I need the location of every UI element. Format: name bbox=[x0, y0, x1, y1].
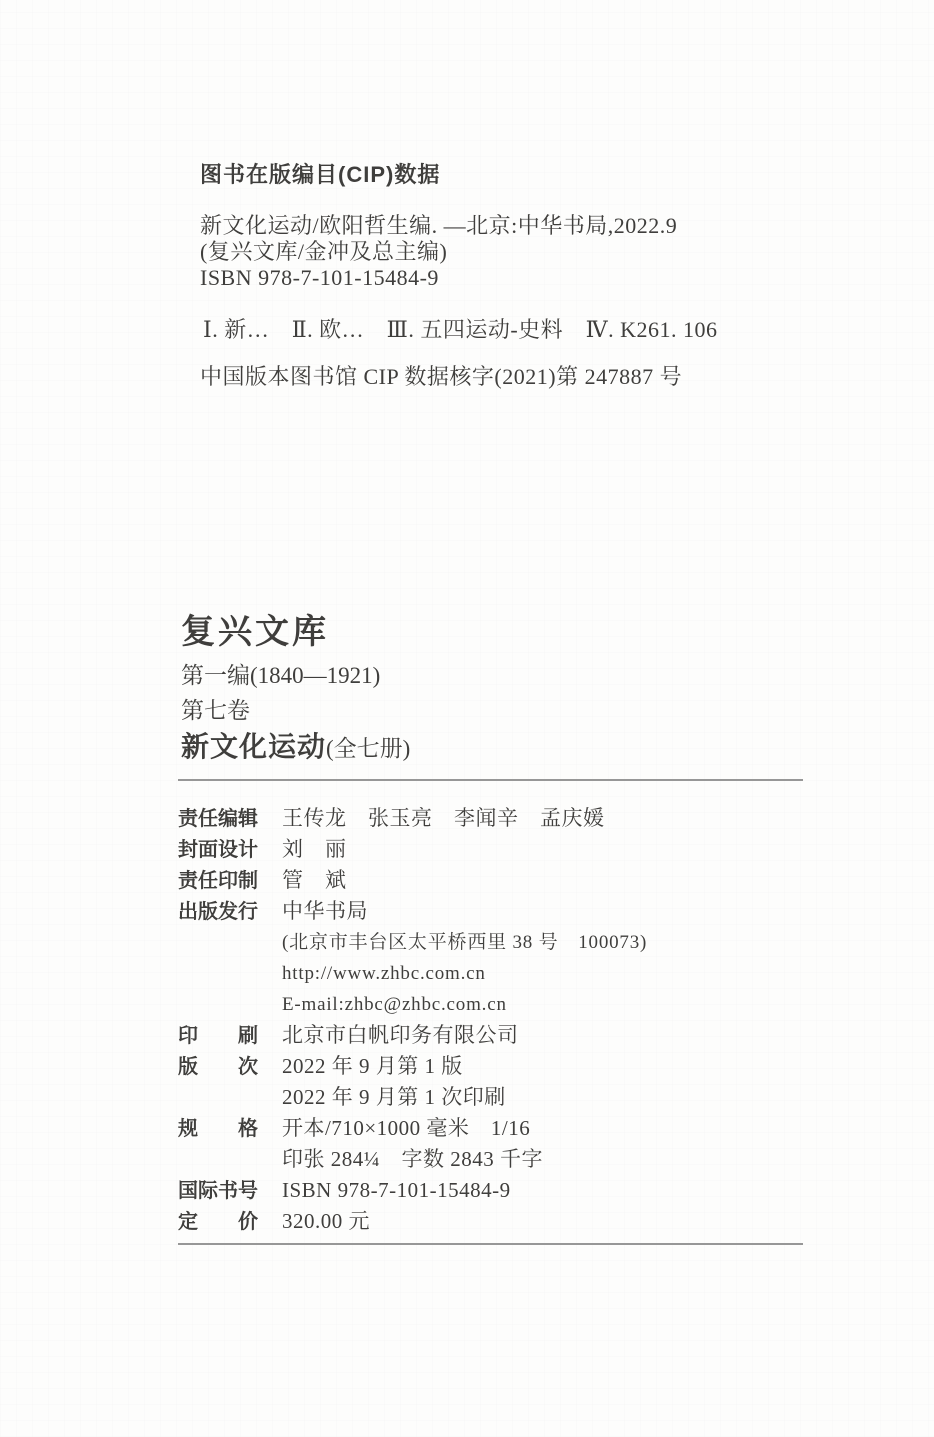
series-edition: 第一编(1840—1921) bbox=[181, 661, 681, 691]
book-title-line: 新文化运动(全七册) bbox=[181, 730, 681, 769]
book-title-suffix: (全七册) bbox=[326, 736, 410, 761]
colophon-row-value: 320.00 元 bbox=[282, 1206, 370, 1237]
cip-record-number: 中国版本图书馆 CIP 数据核字(2021)第 247887 号 bbox=[200, 363, 840, 391]
colophon-row-printer: 印 刷 北京市白帆印务有限公司 bbox=[178, 1020, 803, 1051]
colophon-row-label: 责任印制 bbox=[178, 866, 268, 897]
colophon-row-label: 规 格 bbox=[178, 1114, 268, 1145]
colophon-row-edition: 版 次 2022 年 9 月第 1 版 bbox=[178, 1051, 803, 1082]
cip-title-line: 新文化运动/欧阳哲生编. —北京:中华书局,2022.9 bbox=[200, 213, 840, 239]
colophon-row-label: 印 刷 bbox=[178, 1021, 268, 1052]
colophon-row-isbn: 国际书号 ISBN 978-7-101-15484-9 bbox=[178, 1175, 803, 1206]
cip-block: 图书在版编目(CIP)数据 新文化运动/欧阳哲生编. —北京:中华书局,2022… bbox=[200, 161, 840, 391]
colophon-row-label: 版 次 bbox=[178, 1052, 268, 1083]
colophon-row-format: 规 格 开本/710×1000 毫米 1/16 bbox=[178, 1113, 803, 1144]
colophon-row-print-supervisor: 责任印制 管 斌 bbox=[178, 865, 803, 896]
cip-series-line: (复兴文库/金冲及总主编) bbox=[200, 239, 840, 265]
colophon-row-value: 2022 年 9 月第 1 版 bbox=[282, 1051, 463, 1082]
publisher-email: E-mail:zhbc@zhbc.com.cn bbox=[282, 989, 507, 1020]
colophon-row-value: 北京市白帆印务有限公司 bbox=[282, 1020, 519, 1051]
colophon-row-label: 出版发行 bbox=[178, 897, 268, 928]
cip-header: 图书在版编目(CIP)数据 bbox=[200, 161, 840, 189]
colophon-row-editors: 责任编辑 王传龙 张玉亮 李闻辛 孟庆媛 bbox=[178, 803, 803, 834]
cip-isbn-line: ISBN 978-7-101-15484-9 bbox=[200, 265, 840, 291]
colophon-row-publisher: 出版发行 中华书局 bbox=[178, 896, 803, 927]
publisher-address: (北京市丰台区太平桥西里 38 号 100073) bbox=[282, 927, 647, 958]
colophon-block: 责任编辑 王传龙 张玉亮 李闻辛 孟庆媛 封面设计 刘 丽 责任印制 管 斌 出… bbox=[178, 779, 803, 1245]
series-name: 复兴文库 bbox=[181, 612, 681, 652]
colophon-row-label: 封面设计 bbox=[178, 835, 268, 866]
book-title: 新文化运动 bbox=[181, 731, 326, 762]
colophon-row-label: 国际书号 bbox=[178, 1176, 268, 1207]
colophon-row-address: (北京市丰台区太平桥西里 38 号 100073) bbox=[178, 927, 803, 958]
colophon-row-label: 定 价 bbox=[178, 1207, 268, 1238]
colophon-row-value: 印张 284¼ 字数 2843 千字 bbox=[282, 1144, 543, 1175]
colophon-row-value: 管 斌 bbox=[282, 865, 347, 896]
colophon-row-label: 责任编辑 bbox=[178, 804, 268, 835]
cip-description: 新文化运动/欧阳哲生编. —北京:中华书局,2022.9 (复兴文库/金冲及总主… bbox=[200, 213, 840, 291]
colophon-row-printing: 2022 年 9 月第 1 次印刷 bbox=[178, 1082, 803, 1113]
cip-classification: Ⅰ. 新… Ⅱ. 欧… Ⅲ. 五四运动-史料 Ⅳ. K261. 106 bbox=[200, 316, 840, 344]
colophon-row-price: 定 价 320.00 元 bbox=[178, 1206, 803, 1237]
colophon-row-value: 开本/710×1000 毫米 1/16 bbox=[282, 1113, 530, 1144]
colophon-row-cover-design: 封面设计 刘 丽 bbox=[178, 834, 803, 865]
publisher-website: http://www.zhbc.com.cn bbox=[282, 958, 486, 989]
series-volume: 第七卷 bbox=[181, 696, 681, 726]
colophon-row-value: 中华书局 bbox=[282, 896, 368, 927]
colophon-row-value: 2022 年 9 月第 1 次印刷 bbox=[282, 1082, 506, 1113]
colophon-row-value: 王传龙 张玉亮 李闻辛 孟庆媛 bbox=[282, 803, 605, 834]
colophon-row-value: 刘 丽 bbox=[282, 834, 347, 865]
series-block: 复兴文库 第一编(1840—1921) 第七卷 新文化运动(全七册) bbox=[181, 612, 681, 769]
colophon-row-value: ISBN 978-7-101-15484-9 bbox=[282, 1175, 511, 1206]
colophon-row-sheets: 印张 284¼ 字数 2843 千字 bbox=[178, 1144, 803, 1175]
colophon-row-website: http://www.zhbc.com.cn bbox=[178, 958, 803, 989]
colophon-row-email: E-mail:zhbc@zhbc.com.cn bbox=[178, 989, 803, 1020]
copyright-page: 图书在版编目(CIP)数据 新文化运动/欧阳哲生编. —北京:中华书局,2022… bbox=[0, 0, 934, 1437]
